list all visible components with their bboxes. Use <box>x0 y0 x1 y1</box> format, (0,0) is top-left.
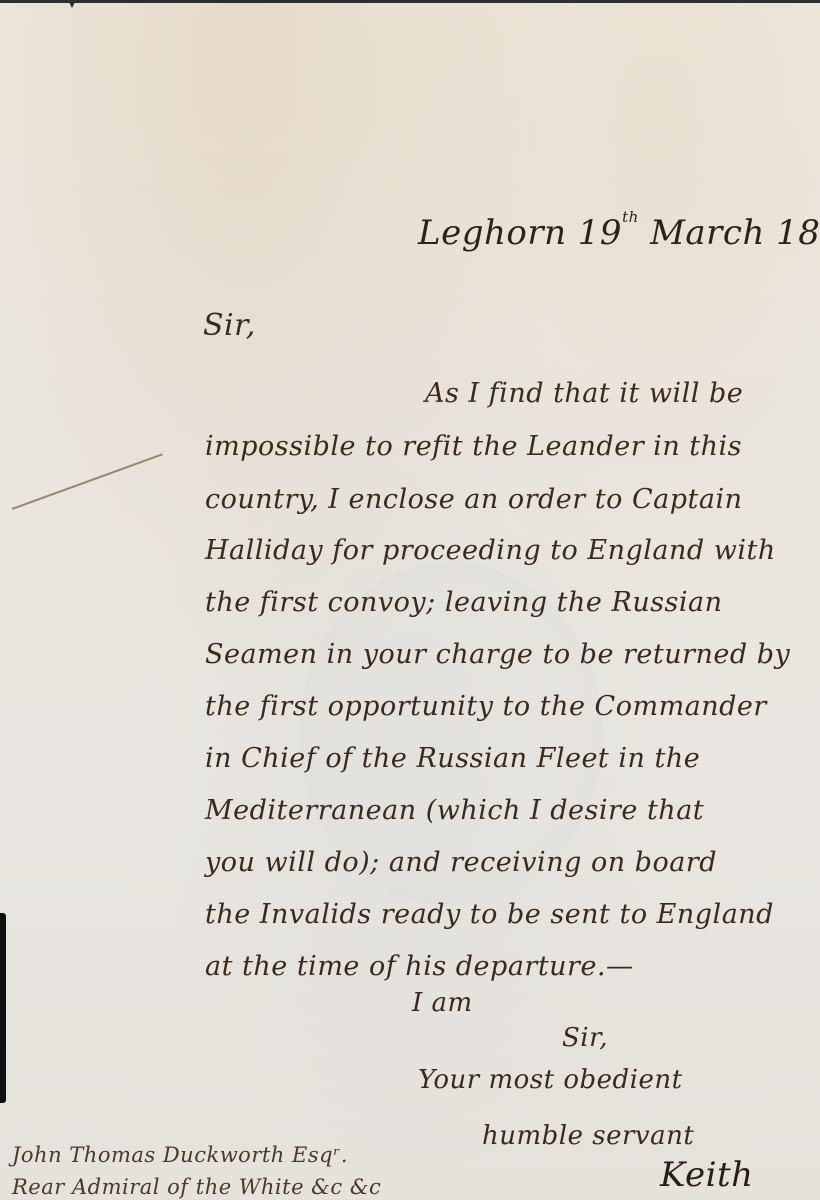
letter-sheet: Leghorn 19th March 1800 Sir, As I find t… <box>0 3 820 1200</box>
addressee-title: Rear Admiral of the White &c &c <box>12 1175 381 1199</box>
addressee-name: John Thomas Duckworth Esqʳ. <box>12 1143 348 1167</box>
top-edge-notch <box>68 0 76 8</box>
body-line-12: at the time of his departure.— <box>205 951 634 982</box>
closing-servant: humble servant <box>482 1121 694 1151</box>
margin-pen-stroke <box>12 453 163 509</box>
closing-obedient: Your most obedient <box>418 1065 683 1095</box>
body-line-6: Seamen in your charge to be returned by <box>205 639 790 670</box>
dateline: Leghorn 19th March 1800 <box>418 208 820 253</box>
dateline-day-suffix: th <box>622 208 639 226</box>
body-line-10: you will do); and receiving on board <box>205 847 717 878</box>
body-line-7: the first opportunity to the Commander <box>205 691 767 722</box>
body-line-9: Mediterranean (which I desire that <box>205 795 704 826</box>
dateline-place: Leghorn <box>418 213 566 253</box>
body-line-3: country, I enclose an order to Captain <box>205 484 742 515</box>
signature: Keith <box>660 1155 754 1195</box>
body-line-8: in Chief of the Russian Fleet in the <box>205 743 700 774</box>
body-line-11: the Invalids ready to be sent to England <box>205 899 774 930</box>
torn-left-edge <box>0 913 6 1103</box>
body-line-5: the first convoy; leaving the Russian <box>205 587 723 618</box>
dateline-day: 19 <box>578 213 622 253</box>
body-line-2: impossible to refit the Leander in this <box>205 431 742 462</box>
closing-i-am: I am <box>412 988 473 1018</box>
closing-sir: Sir, <box>562 1023 608 1053</box>
dateline-month-year: March 1800 <box>650 213 820 253</box>
body-line-4: Halliday for proceeding to England with <box>205 535 776 566</box>
body-line-1: As I find that it will be <box>425 378 743 409</box>
salutation: Sir, <box>203 308 256 343</box>
